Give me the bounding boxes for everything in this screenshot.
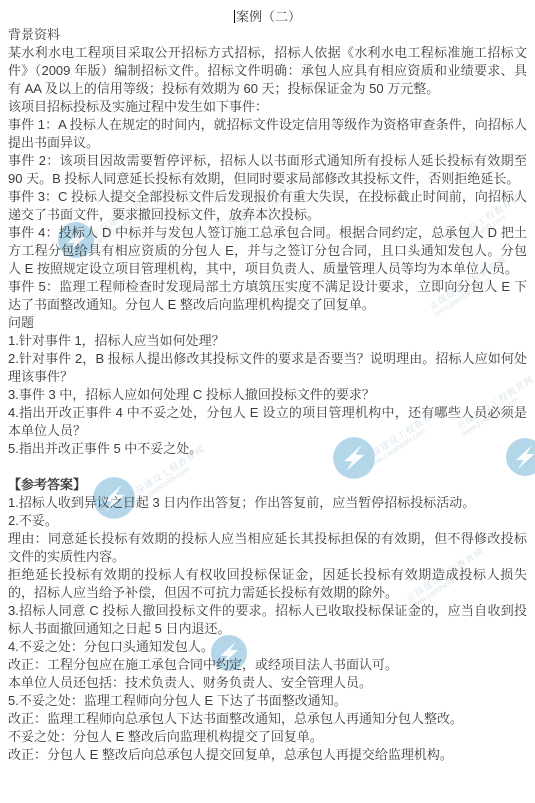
answer-item: 3.招标人同意 C 投标人撤回投标文件的要求。招标人已收取投标保证金的，应当自收…	[8, 602, 527, 638]
case-document: 案例（二） 背景资料 某水利水电工程项目采取公开招标方式招标，招标人依据《水利水…	[0, 0, 535, 764]
background-lead-in: 该项目招标投标及实施过程中发生如下事件：	[8, 98, 527, 116]
question-item: 5.指出并改正事件 5 中不妥之处。	[8, 440, 527, 458]
background-heading: 背景资料	[8, 26, 527, 44]
question-item: 3.事件 3 中，招标人应如何处理 C 投标人撤回投标文件的要求？	[8, 386, 527, 404]
answer-item: 1.招标人收到异议之日起 3 日内作出答复；作出答复前，应当暂停招标投标活动。	[8, 494, 527, 512]
event-paragraph: 事件 5：监理工程师检查时发现局部土方填筑压实度不满足设计要求，立即向分包人 E…	[8, 278, 527, 314]
text-cursor	[234, 10, 235, 23]
questions-heading: 问题	[8, 314, 527, 332]
page-title: 案例（二）	[8, 7, 527, 26]
answer-item: 改正：监理工程师向总承包人下达书面整改通知，总承包人再通知分包人整改。	[8, 710, 527, 728]
answer-item: 5.不妥之处：监理工程师向分包人 E 下达了书面整改通知。	[8, 692, 527, 710]
question-item: 4.指出开改正事件 4 中不妥之处，分包人 E 设立的项目管理机构中，还有哪些人…	[8, 404, 527, 440]
question-item: 1.针对事件 1，招标人应当如何处理？	[8, 332, 527, 350]
answer-item: 本单位人员还包括：技术负责人、财务负责人、安全管理人员。	[8, 674, 527, 692]
answer-item: 改正：分包人 E 整改后向总承包人提交回复单，总承包人再提交给监理机构。	[8, 746, 527, 764]
answer-item: 理由：同意延长投标有效期的投标人应当相应延长其投标担保的有效期，但不得修改投标文…	[8, 530, 527, 566]
answers-heading: 【参考答案】	[8, 476, 527, 494]
question-item: 2.针对事件 2，B 报标人提出修改其投标文件的要求是否要当？说明理由。招标人应…	[8, 350, 527, 386]
document-page: { "page": { "title": "案例（二）" }, "backgro…	[0, 0, 535, 803]
answer-item: 不妥之处：分包人 E 整改后向监理机构提交了回复单。	[8, 728, 527, 746]
background-intro: 某水利水电工程项目采取公开招标方式招标，招标人依据《水利水电工程标准施工招标文件…	[8, 44, 527, 98]
event-paragraph: 事件 4：投标人 D 中标并与发包人签订施工总承包合同。根据合同约定，总承包人 …	[8, 224, 527, 278]
answer-item: 改正：工程分包应在施工承包合同中约定，或经项目法人书面认可。	[8, 656, 527, 674]
answer-item: 拒绝延长投标有效期的投标人有权收回投标保证金，因延长投标有效期造成投标人损失的，…	[8, 566, 527, 602]
event-paragraph: 事件 1：A 投标人在规定的时间内，就招标文件设定信用等级作为资格审查条件，向招…	[8, 116, 527, 152]
event-paragraph: 事件 2：该项目因故需要暂停评标，招标人以书面形式通知所有投标人延长投标有效期至…	[8, 152, 527, 188]
event-paragraph: 事件 3：C 投标人提交全部投标文件后发现报价有重大失误，在投标截止时间前，向招…	[8, 188, 527, 224]
answer-item: 4.不妥之处：分包口头通知发包人。	[8, 638, 527, 656]
answer-item: 2.不妥。	[8, 512, 527, 530]
